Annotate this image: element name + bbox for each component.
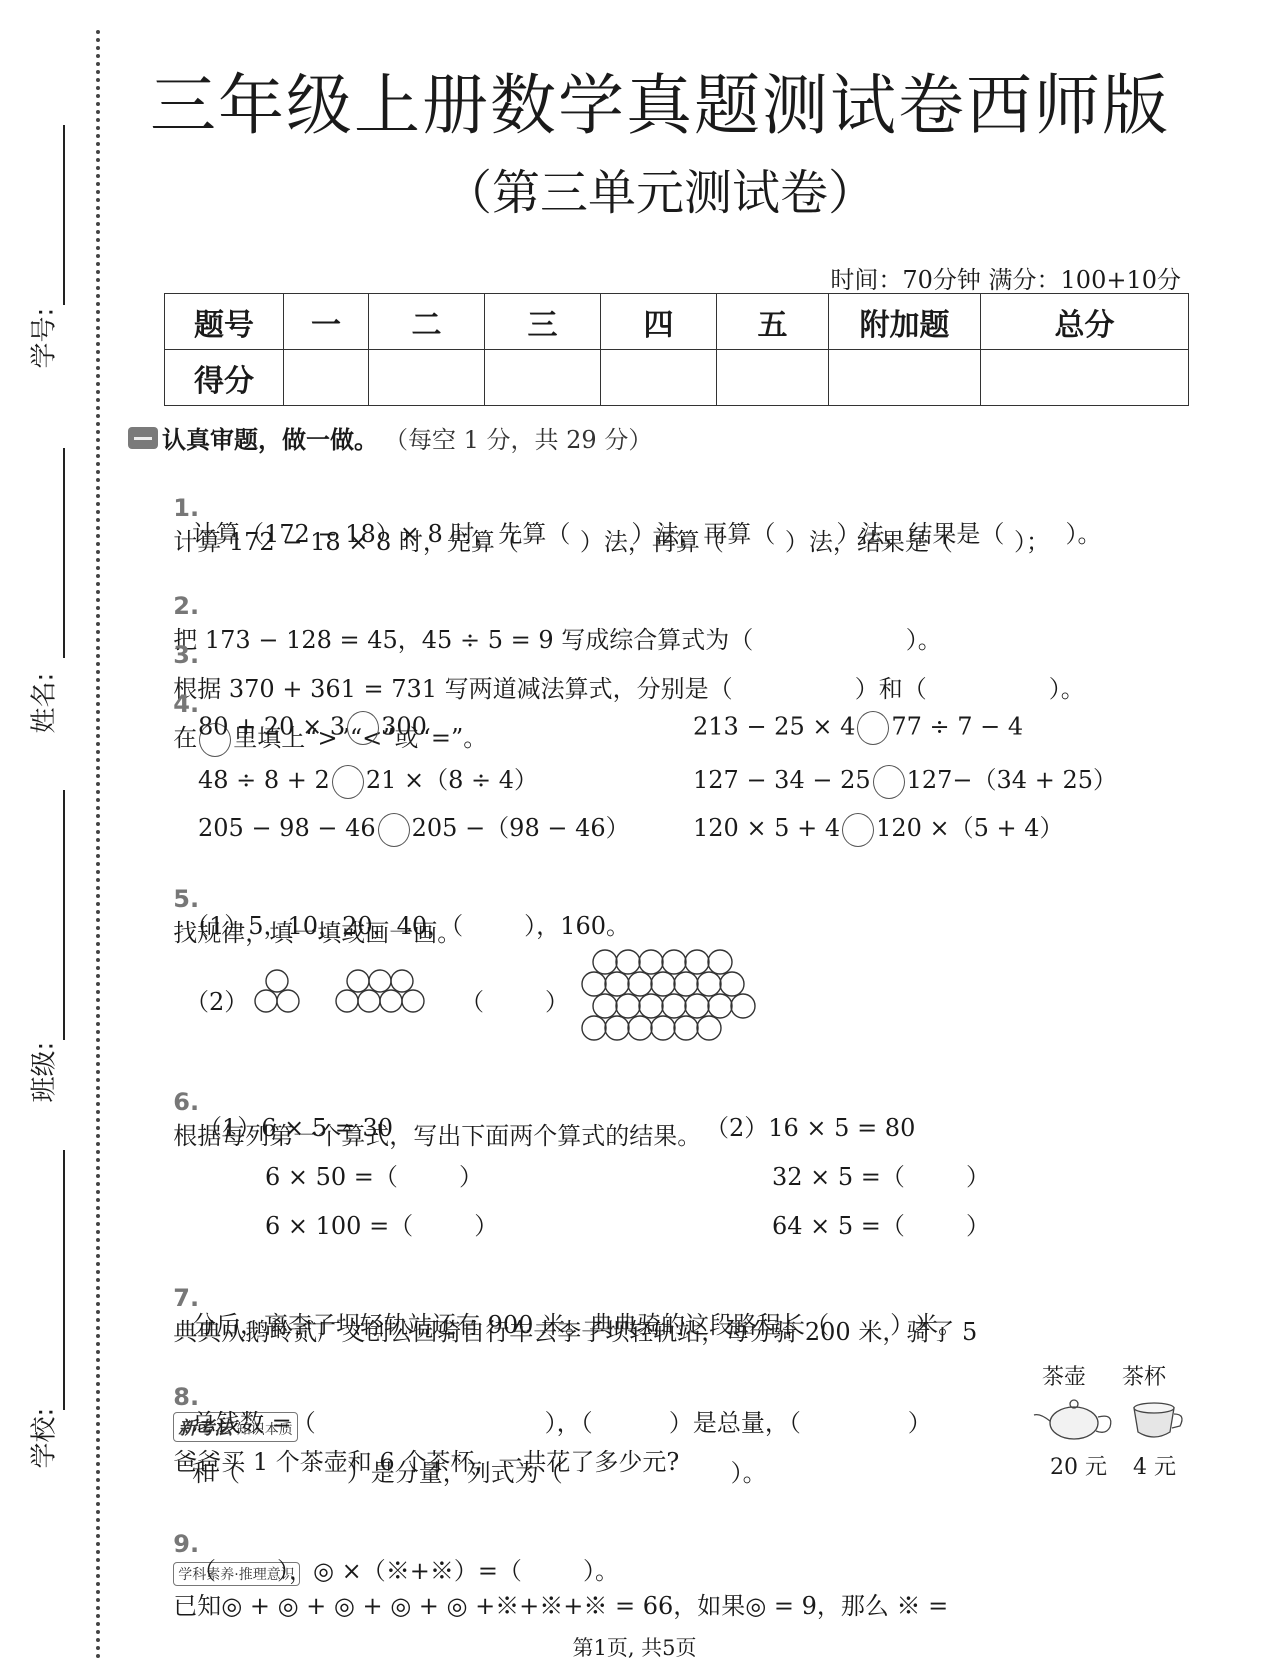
compare-right: 77 ÷ 7 − 4 bbox=[891, 713, 1023, 741]
score-table: 题号 一 二 三 四 五 附加题 总分 得分 bbox=[164, 293, 1189, 406]
question-text: 已知◎ + ◎ + ◎ + ◎ + ◎ +※+※+※ = 66，如果◎ = 9，… bbox=[173, 1592, 948, 1620]
compare-item: 205 − 98 − 46205 −（98 − 46） bbox=[198, 808, 630, 847]
score-cell[interactable] bbox=[369, 350, 485, 406]
compare-circle-input[interactable] bbox=[378, 813, 410, 847]
compare-left: 127 − 34 − 25 bbox=[693, 766, 871, 794]
question-7-line-2: 分后，离李子坝轻轨站还有 900 米。典典骑的这段路程长（ ）米。 bbox=[192, 1305, 962, 1340]
score-table-header-row: 题号 一 二 三 四 五 附加题 总分 bbox=[165, 294, 1189, 350]
q6-col1-blank: 6 × 50 =（ ） bbox=[265, 1157, 483, 1192]
compare-item: 48 ÷ 8 + 221 ×（8 ÷ 4） bbox=[198, 760, 538, 799]
score-cell[interactable] bbox=[981, 350, 1189, 406]
q6-col1-given: （1）6 × 5 = 30 bbox=[198, 1108, 393, 1143]
score-table-score-row: 得分 bbox=[165, 350, 1189, 406]
header-cell: 总分 bbox=[981, 294, 1189, 350]
score-cell[interactable] bbox=[829, 350, 981, 406]
compare-circle-input[interactable] bbox=[873, 765, 905, 799]
compare-item: 120 × 5 + 4120 ×（5 + 4） bbox=[693, 808, 1064, 847]
header-cell: 一 bbox=[284, 294, 369, 350]
compare-left: 213 − 25 × 4 bbox=[693, 713, 855, 741]
page-subtitle: （第三单元测试卷） bbox=[150, 154, 1170, 223]
class-label: 班级: bbox=[24, 1063, 61, 1103]
name-label: 姓名: bbox=[24, 694, 61, 734]
question-8-line-2: 总钱数 =（ ），（ ）是总量，（ ） bbox=[192, 1403, 932, 1438]
page-title: 三年级上册数学真题测试卷西师版 bbox=[150, 52, 1170, 147]
student-id-underline bbox=[63, 125, 65, 305]
circle-pattern-3-icon bbox=[248, 968, 308, 1020]
header-cell: 三 bbox=[485, 294, 601, 350]
compare-item: 127 − 34 − 25127−（34 + 25） bbox=[693, 760, 1117, 799]
student-id-label: 学号: bbox=[24, 329, 61, 369]
name-underline bbox=[63, 448, 65, 658]
compare-circle-input[interactable] bbox=[842, 813, 874, 847]
teapot-label: 茶壶 bbox=[1042, 1360, 1086, 1391]
circle-pattern-large-icon bbox=[580, 948, 760, 1048]
compare-right: 127−（34 + 25） bbox=[907, 766, 1117, 794]
compare-item: 213 − 25 × 477 ÷ 7 − 4 bbox=[693, 711, 1023, 745]
compare-circle-input[interactable] bbox=[332, 765, 364, 799]
score-cell[interactable] bbox=[284, 350, 369, 406]
q6-col2-given: （2）16 × 5 = 80 bbox=[705, 1108, 915, 1143]
question-5-part-2-label: （2） bbox=[185, 982, 248, 1017]
compare-left: 80 + 20 × 3 bbox=[198, 713, 345, 741]
page-footer: 第1页, 共5页 bbox=[0, 1632, 1269, 1662]
compare-left: 48 ÷ 8 + 2 bbox=[198, 766, 330, 794]
compare-item: 80 + 20 × 3300 bbox=[198, 711, 427, 745]
teapot-price: 20 元 bbox=[1050, 1450, 1107, 1481]
question-number: 4. bbox=[173, 690, 199, 718]
q6-col2-blank: 64 × 5 =（ ） bbox=[772, 1206, 990, 1241]
compare-right: 300 bbox=[381, 713, 427, 741]
school-label: 学校: bbox=[24, 1429, 61, 1469]
binding-dotted-line bbox=[96, 30, 100, 1660]
compare-right: 21 ×（8 ÷ 4） bbox=[366, 766, 538, 794]
header-cell: 二 bbox=[369, 294, 485, 350]
class-underline bbox=[63, 790, 65, 1040]
teacup-icon bbox=[1130, 1400, 1190, 1445]
compare-right: 205 −（98 − 46） bbox=[412, 814, 630, 842]
compare-circle-input[interactable] bbox=[857, 711, 889, 745]
header-cell: 五 bbox=[717, 294, 829, 350]
teacup-label: 茶杯 bbox=[1122, 1360, 1166, 1391]
teacup-price: 4 元 bbox=[1133, 1450, 1176, 1481]
compare-circle-input[interactable] bbox=[347, 711, 379, 745]
question-number: 6. bbox=[173, 1088, 199, 1116]
section-note: （每空 1 分，共 29 分） bbox=[384, 420, 652, 455]
q6-col2-blank: 32 × 5 =（ ） bbox=[772, 1157, 990, 1192]
question-5-part-2-blank[interactable]: （ ） bbox=[460, 982, 569, 1017]
score-cell[interactable] bbox=[717, 350, 829, 406]
header-cell: 题号 bbox=[165, 294, 284, 350]
question-9-line-2: （ ），◎ ×（※+※）=（ ）。 bbox=[192, 1551, 619, 1586]
compare-left: 120 × 5 + 4 bbox=[693, 814, 840, 842]
section-number-one-icon bbox=[128, 427, 158, 449]
school-underline bbox=[63, 1150, 65, 1410]
question-text: 在 bbox=[173, 724, 197, 752]
row-label: 得分 bbox=[165, 350, 284, 406]
header-cell: 四 bbox=[601, 294, 717, 350]
section-heading: 认真审题，做一做。 bbox=[162, 420, 378, 455]
question-1-line-2: 计算（172 − 18）× 8 时，先算（ ）法，再算（ ）法，结果是（ ）。 bbox=[192, 514, 1101, 549]
question-8-line-3: 和（ ）是分量，列式为（ ）。 bbox=[192, 1453, 767, 1488]
score-cell[interactable] bbox=[601, 350, 717, 406]
header-cell: 附加题 bbox=[829, 294, 981, 350]
q6-col1-blank: 6 × 100 =（ ） bbox=[265, 1206, 498, 1241]
exam-meta: 时间：70分钟 满分：100+10分 bbox=[830, 260, 1181, 295]
teapot-icon bbox=[1030, 1395, 1120, 1445]
section-one-header: 认真审题，做一做。 （每空 1 分，共 29 分） bbox=[128, 420, 652, 455]
compare-right: 120 ×（5 + 4） bbox=[876, 814, 1063, 842]
score-cell[interactable] bbox=[485, 350, 601, 406]
compare-left: 205 − 98 − 46 bbox=[198, 814, 376, 842]
circle-pattern-7-icon bbox=[330, 968, 426, 1020]
question-5-part-1: （1）5，10，20，40，（ ），160。 bbox=[185, 906, 630, 941]
